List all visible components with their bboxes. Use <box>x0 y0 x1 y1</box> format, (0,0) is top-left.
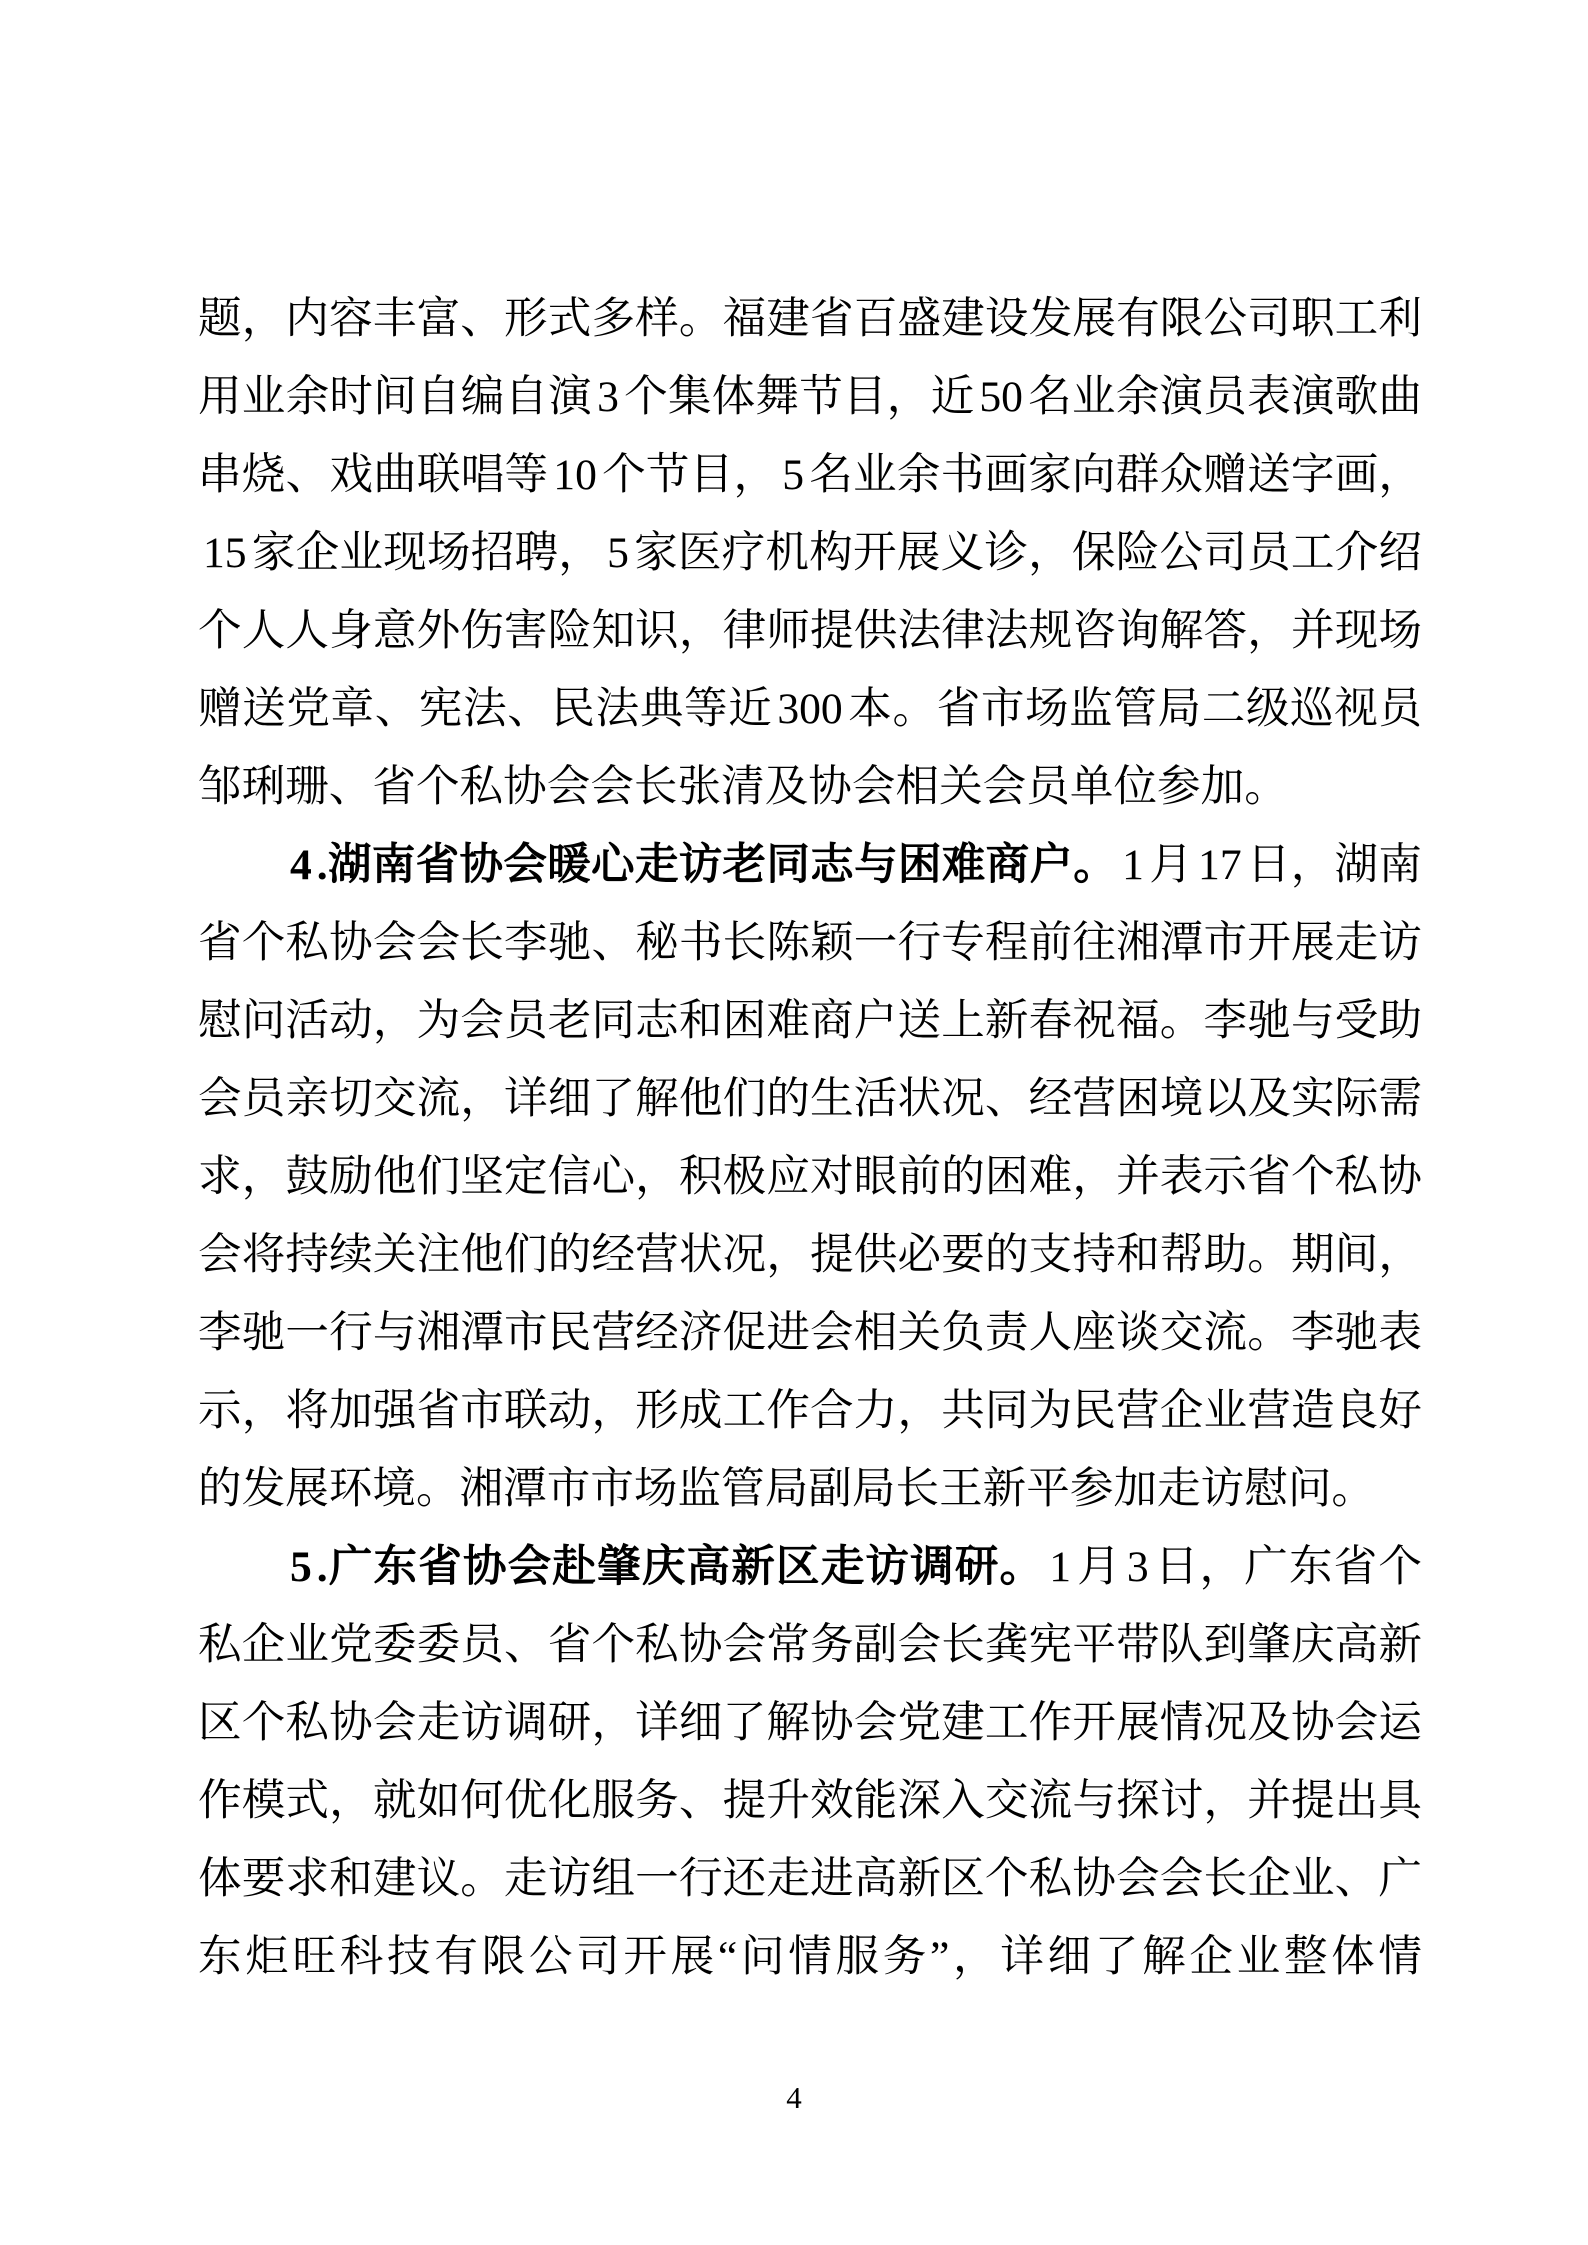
latin-run: 10 <box>548 451 602 499</box>
paragraph-text: 1月17日，湖南省个私协会会长李驰、秘书长陈颖一行专程前往湘潭市开展走访慰问活动… <box>198 841 1422 1513</box>
paragraph-text: 题，内容丰富、形式多样。福建省百盛建设发展有限公司职工利用业余时间自编自演3个集… <box>198 295 1422 811</box>
latin-run: 4 <box>285 841 317 889</box>
latin-run: 17 <box>1193 841 1247 889</box>
latin-run: 15 <box>198 529 252 577</box>
page-footer: 4 <box>0 2078 1588 2118</box>
latin-run: 5 <box>602 529 634 577</box>
paragraph-heading: 5.广东省协会赴肇庆高新区走访调研。 <box>285 1543 1044 1591</box>
latin-run: 3 <box>1122 1543 1154 1591</box>
latin-run: 5 <box>285 1543 317 1591</box>
document-body: 题，内容丰富、形式多样。福建省百盛建设发展有限公司职工利用业余时间自编自演3个集… <box>198 280 1422 1996</box>
paragraph-text: 1月3日，广东省个私企业党委委员、省个私协会常务副会长龚宪平带队到肇庆高新区个私… <box>198 1543 1422 1981</box>
latin-run: 1 <box>1117 841 1149 889</box>
latin-run: 1 <box>1044 1543 1076 1591</box>
latin-run: 5 <box>777 451 809 499</box>
latin-run: 3 <box>592 373 624 421</box>
page-number: 4 <box>786 2080 802 2115</box>
paragraph-heading: 4.湖南省协会暖心走访老同志与困难商户。 <box>285 841 1117 889</box>
document-page: 题，内容丰富、形式多样。福建省百盛建设发展有限公司职工利用业余时间自编自演3个集… <box>0 0 1588 2245</box>
paragraph: 5.广东省协会赴肇庆高新区走访调研。1月3日，广东省个私企业党委委员、省个私协会… <box>198 1528 1422 1996</box>
paragraph: 4.湖南省协会暖心走访老同志与困难商户。1月17日，湖南省个私协会会长李驰、秘书… <box>198 826 1422 1528</box>
latin-run: 300 <box>772 685 847 733</box>
latin-run: 50 <box>974 373 1028 421</box>
paragraph: 题，内容丰富、形式多样。福建省百盛建设发展有限公司职工利用业余时间自编自演3个集… <box>198 280 1422 826</box>
